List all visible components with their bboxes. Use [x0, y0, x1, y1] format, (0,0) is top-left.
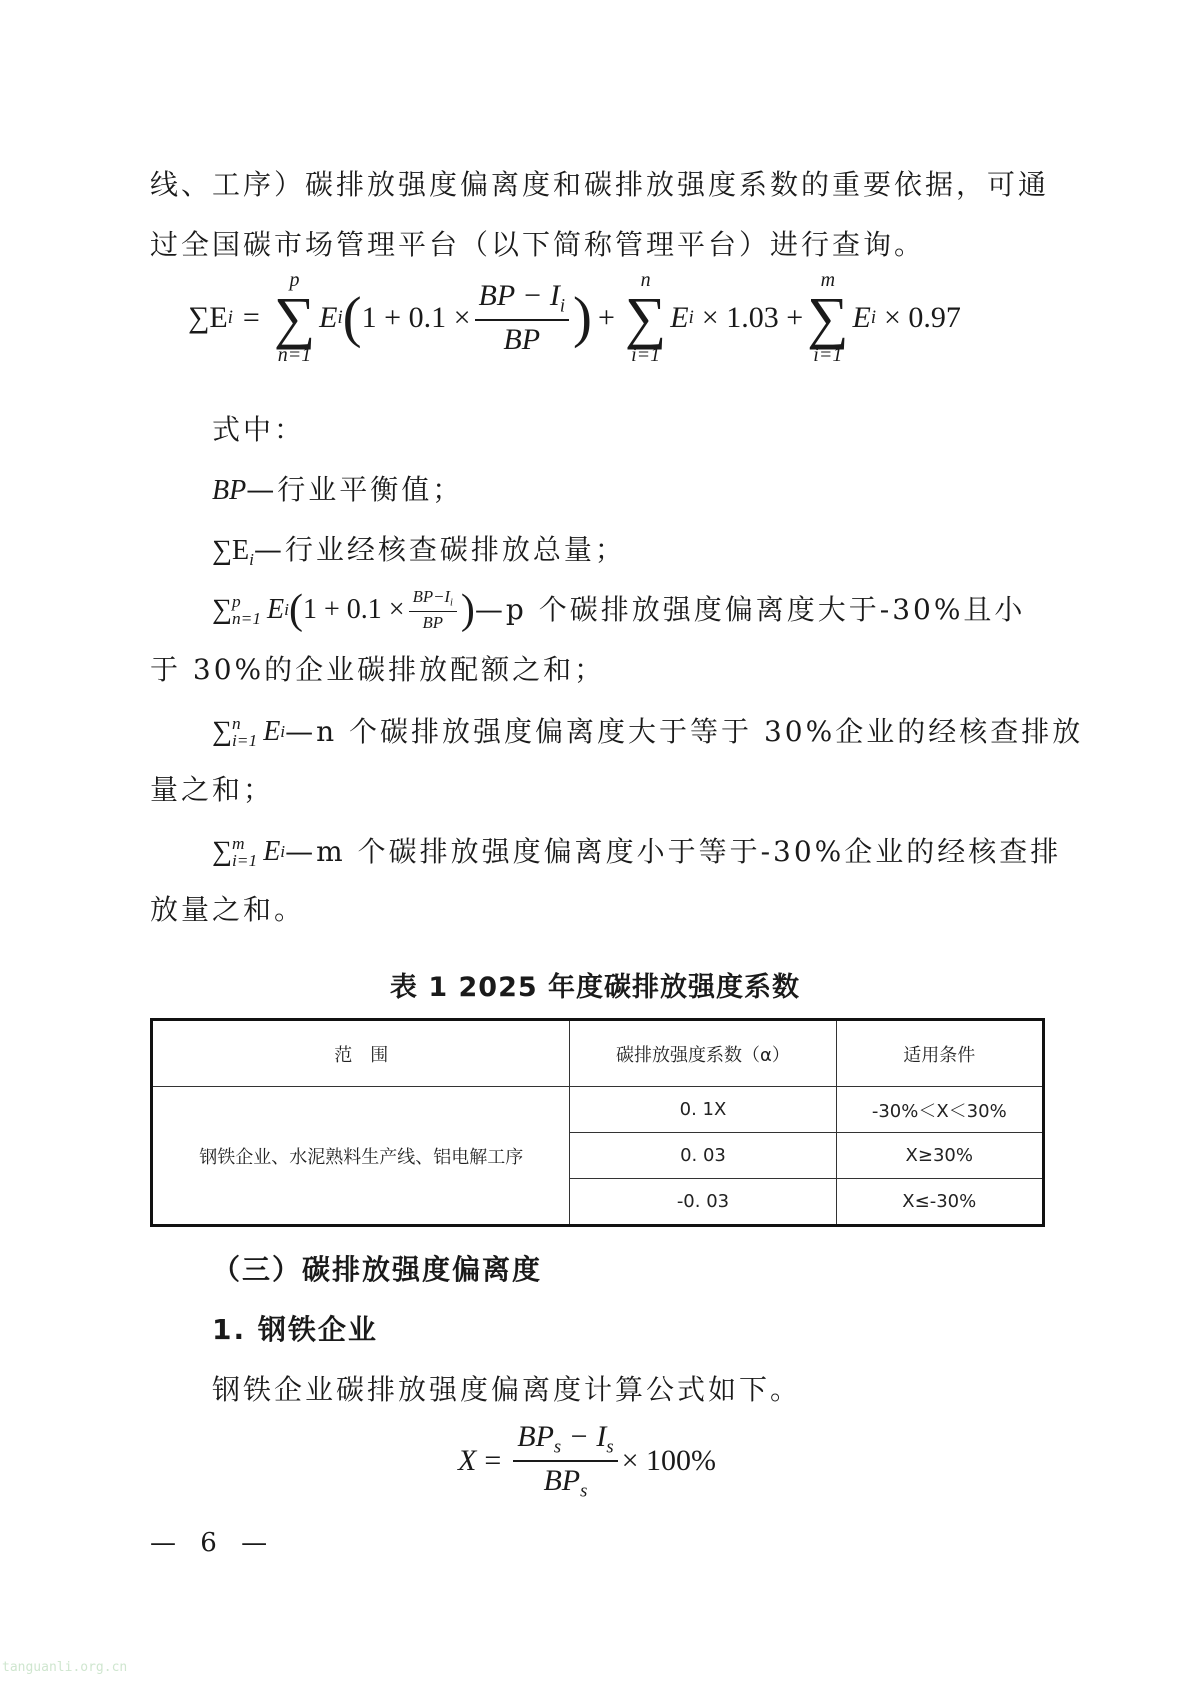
formula-lhs: ∑E [188, 301, 228, 335]
fraction-denominator: BP [422, 612, 443, 632]
definition-continuation: 于 30%的企业碳排放配额之和； [150, 650, 605, 690]
fraction-numerator: BP−I [413, 587, 450, 606]
sum-upper-limit: m [232, 835, 257, 852]
sub: s [580, 1480, 587, 1501]
document-page: 线、工序）碳排放强度偏离度和碳排放强度系数的重要依据，可通 过全国碳市场管理平台… [0, 0, 1190, 1683]
sum-lower-limit: n=1 [278, 345, 312, 365]
definitions-label: 式中： [212, 410, 305, 450]
formula-lhs: X [458, 1444, 476, 1478]
definition-text: —p 个碳排放强度偏离度大于-30%且小 [475, 590, 1026, 630]
table-header-row: 范 围 碳排放强度系数（α） 适用条件 [152, 1020, 1044, 1087]
definition-sum-e: ∑Ei—行业经核查碳排放总量； [212, 530, 626, 580]
fraction-denominator: BP [503, 321, 540, 356]
condition-cell: X≤-30% [836, 1179, 1043, 1226]
allowance-formula: ∑Ei = p ∑ n=1 Ei ( 1 + 0.1 × BP − Ii BP … [188, 270, 961, 365]
sum-lower-limit: i=1 [232, 732, 257, 749]
sum-lower-limit: n=1 [232, 610, 261, 627]
formula-fraction: BP − Ii BP [475, 279, 570, 356]
definition-sum-n: ∑ ni=1 Ei —n 个碳排放强度偏离度大于等于 30%企业的经核查排放 [212, 712, 1083, 752]
scope-cell: 钢铁企业、水泥熟料生产线、铝电解工序 [152, 1087, 570, 1226]
formula-tail: × 100% [622, 1444, 716, 1478]
section-intro: 钢铁企业碳排放强度偏离度计算公式如下。 [212, 1370, 801, 1410]
watermark: tanguanli.org.cn [2, 1660, 127, 1675]
fraction-numerator-sub: i [560, 296, 565, 317]
subsection-heading: 1. 钢铁企业 [212, 1310, 378, 1350]
plus-sign: + [598, 301, 615, 335]
sum-lower-limit: i=1 [232, 852, 257, 869]
summation-m: m ∑ i=1 [807, 270, 848, 365]
minus-term: − I [561, 1420, 606, 1453]
definition-continuation: 放量之和。 [150, 890, 305, 930]
symbol-bp: BP [212, 475, 246, 506]
summation-n: n ∑ i=1 [625, 270, 666, 365]
sum-lower-limit: i=1 [631, 345, 660, 365]
symbol-sum-e: ∑E [212, 535, 249, 566]
equals-sign: = [484, 1444, 501, 1478]
formula-fraction: BPs − Is BPs [513, 1420, 617, 1502]
sum-upper-limit: n [232, 715, 257, 732]
formula-term2: × 1.03 + [702, 301, 803, 335]
fraction-numerator: BP [517, 1420, 554, 1453]
fraction-numerator-sub: i [450, 598, 453, 609]
fraction-numerator: BP − I [479, 279, 560, 312]
coefficient-cell: -0. 03 [570, 1179, 836, 1226]
definition-text: —行业平衡值； [246, 473, 463, 506]
summation-p: p ∑ n=1 [274, 270, 315, 365]
definition-continuation: 量之和； [150, 770, 274, 810]
header-coefficient: 碳排放强度系数（α） [570, 1020, 836, 1087]
definition-text: —n 个碳排放强度偏离度大于等于 30%企业的经核查排放 [285, 712, 1083, 752]
condition-cell: -30%＜X＜30% [836, 1087, 1043, 1133]
paragraph-line: 线、工序）碳排放强度偏离度和碳排放强度系数的重要依据，可通 [150, 165, 1049, 205]
table-caption: 表 1 2025 年度碳排放强度系数 [0, 965, 1190, 1004]
coefficient-table: 范 围 碳排放强度系数（α） 适用条件 钢铁企业、水泥熟料生产线、铝电解工序 0… [150, 1018, 1045, 1227]
formula-var: E [319, 301, 337, 335]
sum-upper-limit: p [232, 593, 261, 610]
definition-bp: BP—行业平衡值； [212, 470, 463, 511]
deviation-formula: X = BPs − Is BPs × 100% [458, 1420, 716, 1502]
condition-cell: X≥30% [836, 1133, 1043, 1179]
definition-text: —行业经核查碳排放总量； [254, 533, 626, 566]
page-number: — 6 — [150, 1528, 275, 1558]
sub: s [606, 1437, 613, 1458]
fraction-denominator: BP [543, 1464, 580, 1497]
equals-sign: = [243, 301, 260, 335]
header-scope: 范 围 [152, 1020, 570, 1087]
formula-inner-prefix: 1 + 0.1 × [362, 301, 471, 335]
coefficient-cell: 0. 03 [570, 1133, 836, 1179]
paragraph-line: 过全国碳市场管理平台（以下简称管理平台）进行查询。 [150, 225, 925, 265]
formula-lhs-sub: i [228, 307, 233, 329]
definition-sum-p: ∑ pn=1 Ei ( 1 + 0.1 × BP−Ii BP ) —p 个碳排放… [212, 588, 1025, 633]
formula-term3: × 0.97 [884, 301, 961, 335]
table-row: 钢铁企业、水泥熟料生产线、铝电解工序 0. 1X -30%＜X＜30% [152, 1087, 1044, 1133]
inner-prefix: 1 + 0.1 × [303, 590, 405, 630]
header-condition: 适用条件 [836, 1020, 1043, 1087]
definition-text: —m 个碳排放强度偏离度小于等于-30%企业的经核查排 [285, 832, 1061, 872]
definition-sum-m: ∑ mi=1 Ei —m 个碳排放强度偏离度小于等于-30%企业的经核查排 [212, 832, 1061, 872]
section-heading: （三）碳排放强度偏离度 [212, 1250, 542, 1290]
sum-lower-limit: i=1 [813, 345, 842, 365]
coefficient-cell: 0. 1X [570, 1087, 836, 1133]
